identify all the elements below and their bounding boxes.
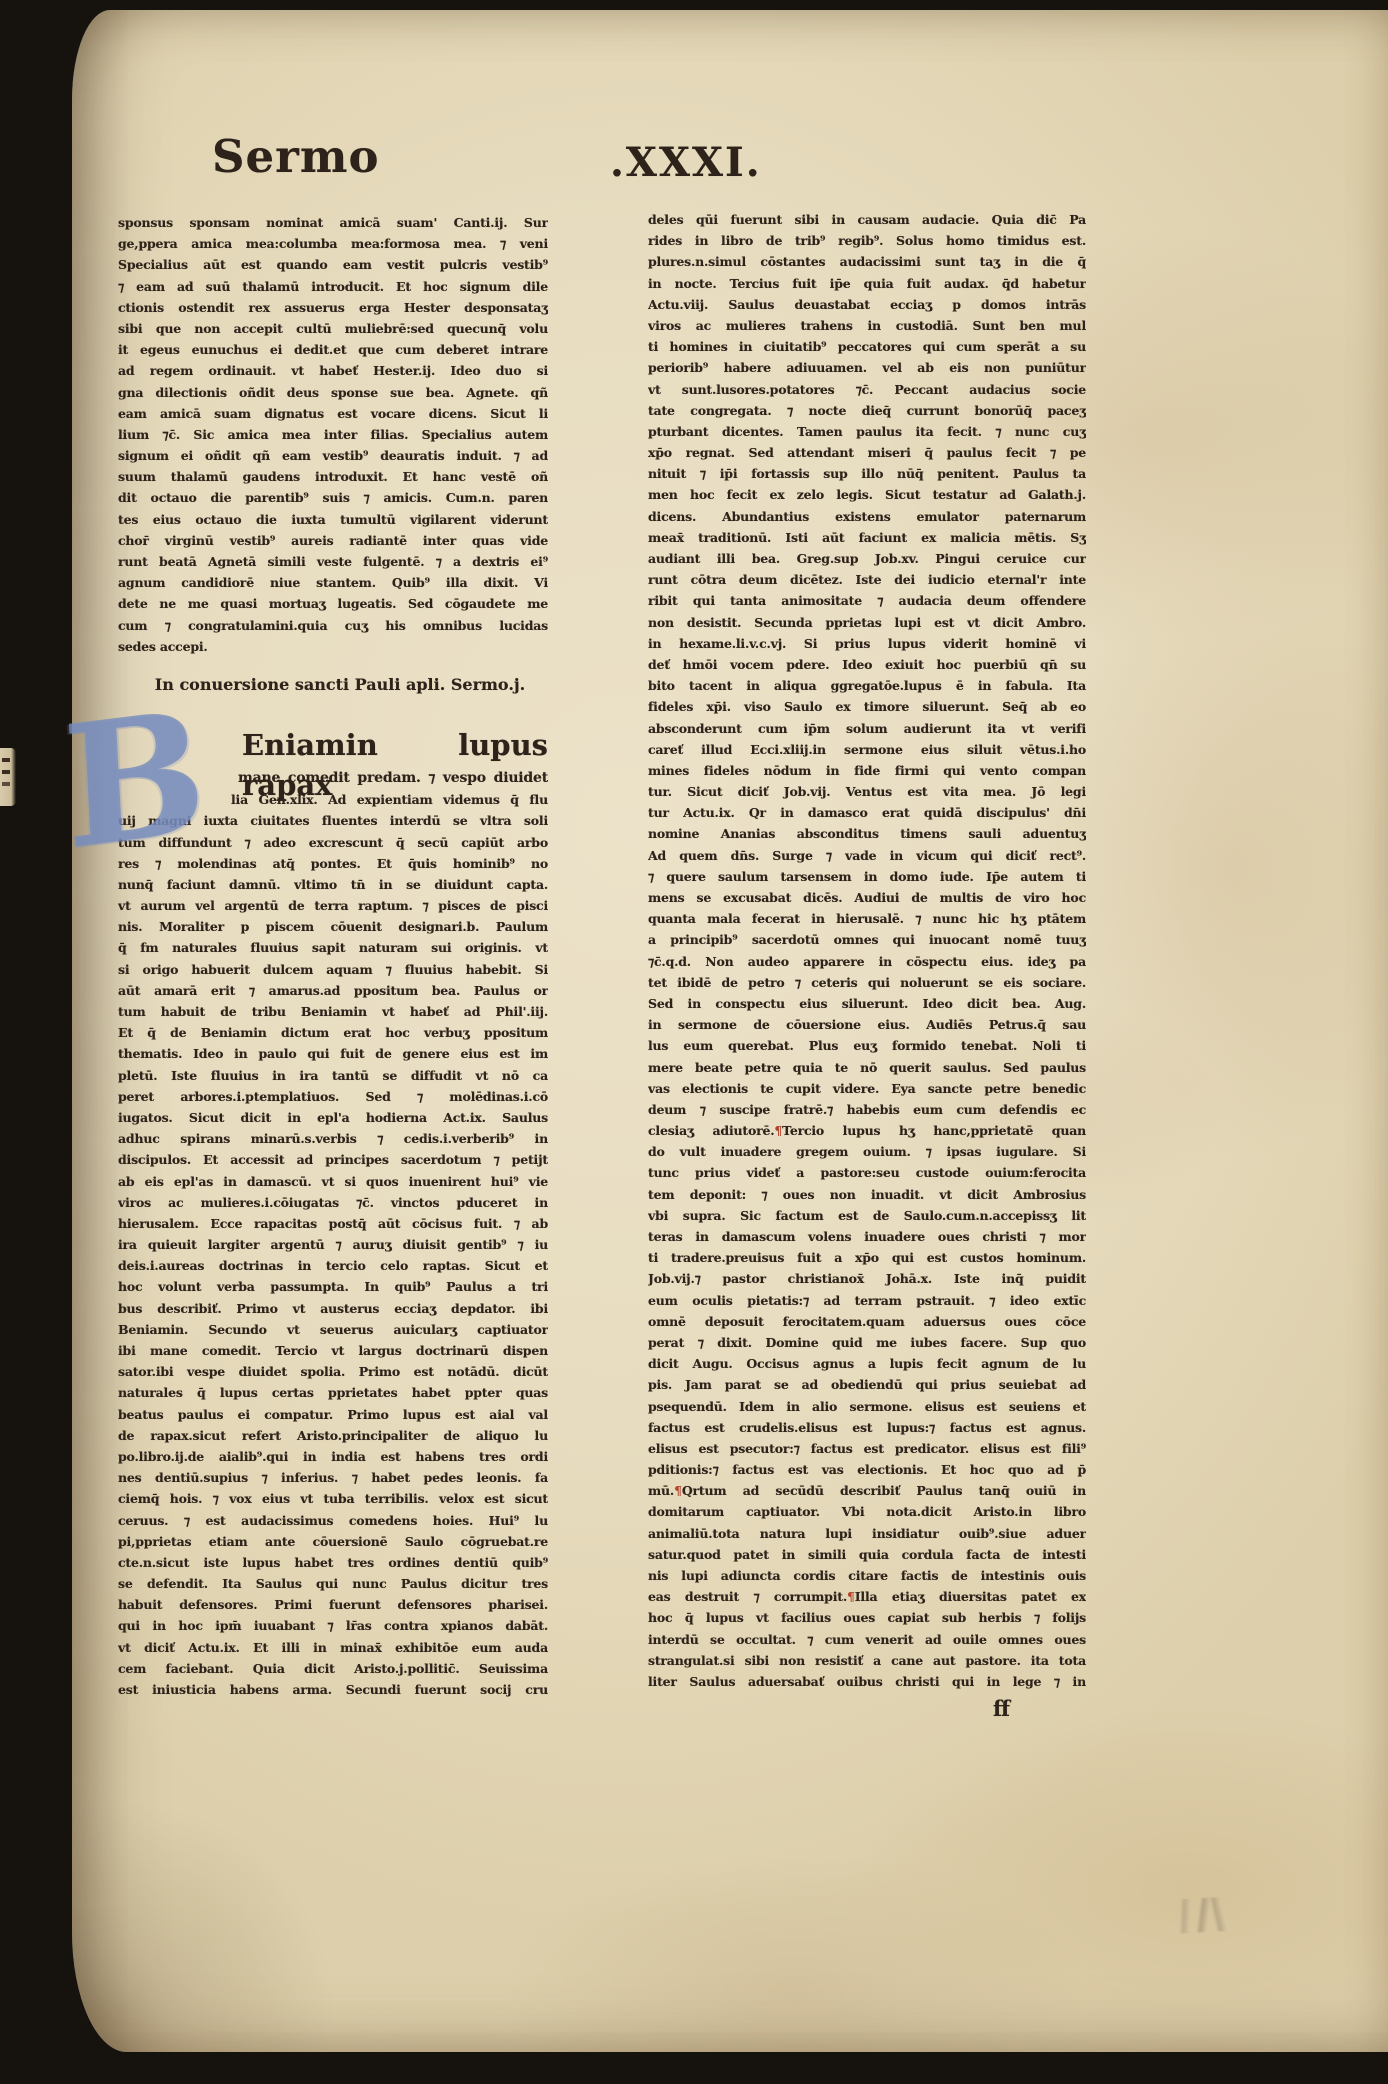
text-line: ceruus. ⁊ est audacissimus comedens hoie…	[118, 1510, 548, 1531]
text-line: in nocte. Tercius fuit ip̄e quia fuit au…	[648, 273, 1086, 294]
text-line: thematis. Ideo in paulo qui fuit de gene…	[118, 1043, 548, 1064]
text-line: ge,ppera amica mea:columba mea:formosa m…	[118, 233, 548, 254]
text-line: agnum candidiorē niue stantem. Quib⁹ ill…	[118, 572, 548, 593]
text-line: signum ei oñdit qñ eam vestib⁹ deauratis…	[118, 445, 548, 466]
text-line: eum oculis pietatis:⁊ ad terram pstrauit…	[648, 1290, 1086, 1311]
text-line: suum thalamū gaudens introduxit. Et hanc…	[118, 466, 548, 487]
text-line: chor̄ virginū vestib⁹ aureis radiantē in…	[118, 530, 548, 551]
text-line: Ad quem dn̄s. Surge ⁊ vade in vicum qui …	[648, 845, 1086, 866]
left-text-column: sponsus sponsam nominat amicā suam' Cant…	[118, 212, 548, 1700]
text-line: ⁊ eam ad suū thalamū introducit. Et hoc …	[118, 276, 548, 297]
text-line: pis. Jam parat se ad obediendū qui prius…	[648, 1374, 1086, 1395]
text-line: factus est crudelis.elisus est lupus:⁊ f…	[648, 1417, 1086, 1438]
text-line: in sermone de cōuersione eius. Audiēs Pe…	[648, 1014, 1086, 1035]
text-line: tate congregata. ⁊ nocte dieq̄ currunt b…	[648, 400, 1086, 421]
right-text-column: deles qūi fuerunt sibi in causam audacie…	[648, 209, 1086, 1692]
text-line: tem deponit: ⁊ oues non inuadit. vt dici…	[648, 1184, 1086, 1205]
text-line: Et q̄ de Beniamin dictum erat hoc verbuʒ…	[118, 1022, 548, 1043]
text-line: hoc volunt verba passumpta. In quib⁹ Pau…	[118, 1276, 548, 1297]
text-line: runt beatā Agnetā simili veste fulgentē.…	[118, 551, 548, 572]
text-line: hierusalem. Ecce rapacitas postq̄ aūt cō…	[118, 1213, 548, 1234]
text-line: Actu.viij. Saulus deuastabat ecciaʒ p do…	[648, 294, 1086, 315]
text-line: nomine Ananias absconditus timens sauli …	[648, 823, 1086, 844]
text-line: pletū. Iste fluuius in ira tantū se diff…	[118, 1065, 548, 1086]
running-title: Sermo	[212, 134, 379, 179]
text-line: mū.¶Qrtum ad secūdū describiť Paulus tan…	[648, 1480, 1086, 1501]
text-line: aūt amarā erit ⁊ amarus.ad ppositum bea.…	[118, 980, 548, 1001]
text-line: de rapax.sicut refert Aristo.principalit…	[118, 1425, 548, 1446]
text-line: pditionis:⁊ factus est vas electionis. E…	[648, 1459, 1086, 1480]
text-line: pturbant dicentes. Tamen paulus ita feci…	[648, 421, 1086, 442]
text-line: omnē deposuit ferocitatem.quam aduersus …	[648, 1311, 1086, 1332]
body-paragraph: deles qūi fuerunt sibi in causam audacie…	[648, 209, 1086, 1692]
text-line: mines fideles nōdum in fide firmi qui ve…	[648, 760, 1086, 781]
text-line: gna dilectionis oñdit deus sponse sue be…	[118, 382, 548, 403]
text-line: in hexame.li.v.c.vj. Si prius lupus vide…	[648, 633, 1086, 654]
text-line: Beniamin. Secundo vt seuerus auicularʒ c…	[118, 1319, 548, 1340]
text-line: cem faciebant. Quia dicit Aristo.j.polli…	[118, 1658, 548, 1679]
text-line: ti homines in ciuitatib⁹ peccatores qui …	[648, 336, 1086, 357]
text-line: periorib⁹ habere adiuuamen. vel ab eis n…	[648, 357, 1086, 378]
text-line: animaliū.tota natura lupi insidiatur oui…	[648, 1523, 1086, 1544]
text-line: est iniusticia habens arma. Secundi fuer…	[118, 1679, 548, 1700]
text-line: tet ibidē de petro ⁊ ceteris qui nolueru…	[648, 972, 1086, 993]
scanned-book-spread: Sermo .XXXI. sponsus sponsam nominat ami…	[0, 0, 1388, 2084]
text-line: si origo habuerit dulcem aquam ⁊ fluuius…	[118, 959, 548, 980]
text-line: vt aurum vel argentū de terra raptum. ⁊ …	[118, 895, 548, 916]
text-line: teras in damascum volens inuadere oues c…	[648, 1226, 1086, 1247]
text-line: ibi mane comedit. Tercio vt largus doctr…	[118, 1340, 548, 1361]
text-line: elisus est psecutor:⁊ factus est predica…	[648, 1438, 1086, 1459]
text-line: domitarum captiuator. Vbi nota.dicit Ari…	[648, 1501, 1086, 1522]
text-line: bus describiť. Primo vt austerus ecciaʒ …	[118, 1298, 548, 1319]
text-line: ira quieuit largiter argentū ⁊ auruʒ diu…	[118, 1234, 548, 1255]
text-line: interdū se occultat. ⁊ cum venerit ad ou…	[648, 1629, 1086, 1650]
intro-paragraph: sponsus sponsam nominat amicā suam' Cant…	[118, 212, 548, 657]
text-line: mere beate petre quia te nō querit saulu…	[648, 1057, 1086, 1078]
text-line: perat ⁊ dixit. Domine quid me iubes face…	[648, 1332, 1086, 1353]
text-line: a principib⁹ sacerdotū omnes qui inuocan…	[648, 929, 1086, 950]
text-line: habuit defensores. Primi fuerunt defenso…	[118, 1594, 548, 1615]
text-line: liter Saulus aduersabať ouibus christi q…	[648, 1671, 1086, 1692]
text-line: lus eum querebat. Plus euʒ formido teneb…	[648, 1035, 1086, 1056]
text-line: Job.vij.⁊ pastor christianox̄ Johā.x. Is…	[648, 1268, 1086, 1289]
text-line: tes eius octauo die iuxta tumultū vigila…	[118, 509, 548, 530]
text-line: naturales q̄ lupus certas pprietates hab…	[118, 1382, 548, 1403]
text-line: vas electionis te cupit videre. Eya sanc…	[648, 1078, 1086, 1099]
text-line: clesiaʒ adiutorē.¶Tercio lupus hʒ hanc,p…	[648, 1120, 1086, 1141]
text-line: viros ac mulieres trahens in custodiā. S…	[648, 315, 1086, 336]
text-line: non desistit. Secunda pprietas lupi est …	[648, 612, 1086, 633]
text-line: men hoc fecit ex zelo legis. Sicut testa…	[648, 484, 1086, 505]
text-line: ab eis epl'as in damascū. vt si quos inu…	[118, 1171, 548, 1192]
illuminated-initial-b: B	[60, 673, 318, 894]
text-line: psequendū. Idem in alio sermone. elisus …	[648, 1396, 1086, 1417]
text-line: mens se excusabat dicēs. Audiui de multi…	[648, 887, 1086, 908]
text-line: sator.ibi vespe diuidet spolia. Primo es…	[118, 1361, 548, 1382]
text-line: meax̄ traditionū. Isti aūt faciunt ex ma…	[648, 527, 1086, 548]
text-line: tunc prius videť a pastore:seu custode o…	[648, 1162, 1086, 1183]
text-line: peret arbores.i.ptemplatiuos. Sed ⁊ molē…	[118, 1086, 548, 1107]
leaf-number-roman: .XXXI.	[610, 143, 762, 183]
text-line: dit octauo die parentib⁹ suis ⁊ amicis. …	[118, 487, 548, 508]
text-line: dicens. Abundantius existens emulator pa…	[648, 506, 1086, 527]
text-line: ctionis ostendit rex assuerus erga Heste…	[118, 297, 548, 318]
text-line: strangulat.si sibi non resistiť a cane a…	[648, 1650, 1086, 1671]
text-line: discipulos. Et accessit ad principes sac…	[118, 1149, 548, 1170]
text-line: beatus paulus ei compatur. Primo lupus e…	[118, 1404, 548, 1425]
text-line: satur.quod patet in simili quia cordula …	[648, 1544, 1086, 1565]
text-line: hoc q̄ lupus vt facilius oues capiat sub…	[648, 1607, 1086, 1628]
text-line: careť illud Ecci.xliij.in sermone eius s…	[648, 739, 1086, 760]
text-line: ⁊ quere saulum tarsensem in domo iude. I…	[648, 866, 1086, 887]
text-line: nituit ⁊ ip̄i fortassis sup illo nūq̄ pe…	[648, 463, 1086, 484]
text-line: quanta mala fecerat in hierusalē. ⁊ nunc…	[648, 908, 1086, 929]
text-line: sibi que non accepit cultū muliebrē:sed …	[118, 318, 548, 339]
text-line: nis lupi adiuncta cordis citare factis d…	[648, 1565, 1086, 1586]
text-line: plures.n.simul cōstantes audacissimi sun…	[648, 251, 1086, 272]
text-line: cte.n.sicut iste lupus habet tres ordine…	[118, 1552, 548, 1573]
text-line: ⁊c̄.q.d. Non audeo apparere in cōspectu …	[648, 951, 1086, 972]
text-line: qui in hoc ipm̄ iuuabant ⁊ lr̄as contra …	[118, 1615, 548, 1636]
text-line: vbi supra. Sic factum est de Saulo.cum.n…	[648, 1205, 1086, 1226]
text-line: it egeus eunuchus ei dedit.et que cum de…	[118, 339, 548, 360]
text-line: iugatos. Sicut dicit in epl'a hodierna A…	[118, 1107, 548, 1128]
text-line: ribit qui tanta animositate ⁊ audacia de…	[648, 590, 1086, 611]
text-line: deis.i.aureas doctrinas in tercio celo r…	[118, 1255, 548, 1276]
text-line: vt diciť Actu.ix. Et illi in minax̄ exhi…	[118, 1637, 548, 1658]
text-line: nis. Moraliter p piscem cōuenit designar…	[118, 916, 548, 937]
quire-signature: ff	[993, 1696, 1009, 1721]
text-line: adhuc spirans minarū.s.verbis ⁊ cedis.i.…	[118, 1128, 548, 1149]
text-line: tur Actu.ix. Qr in damasco erat quidā di…	[648, 802, 1086, 823]
text-line: xp̄o regnat. Sed attendant miseri q̄ pau…	[648, 442, 1086, 463]
text-line: sponsus sponsam nominat amicā suam' Cant…	[118, 212, 548, 233]
text-line: tum habuit de tribu Beniamin vt habeť ad…	[118, 1001, 548, 1022]
text-line: deum ⁊ suscipe fratrē.⁊ habebis eum cum …	[648, 1099, 1086, 1120]
text-line: ad regem ordinauit. vt habeť Hester.ij. …	[118, 360, 548, 381]
text-line: viros ac mulieres.i.cōiugatas ⁊c̄. vinct…	[118, 1192, 548, 1213]
text-line: do vult inuadere gregem ouium. ⁊ ipsas i…	[648, 1141, 1086, 1162]
text-line: vt sunt.lusores.potatores ⁊c̄. Peccant a…	[648, 379, 1086, 400]
text-line: deť hmōi vocem pdere. Ideo exiuit hoc pu…	[648, 654, 1086, 675]
text-line: q̄ fm naturales fluuius sapit naturam su…	[118, 937, 548, 958]
text-line: ti tradere.preuisus fuit a xp̄o qui est …	[648, 1247, 1086, 1268]
text-line: cum ⁊ congratulamini.quia cuʒ his omnibu…	[118, 615, 548, 636]
text-line: sedes accepi.	[118, 636, 548, 657]
text-line: Sed in conspectu eius siluerunt. Ideo di…	[648, 993, 1086, 1014]
text-line: lium ⁊c̄. Sic amica mea inter filias. Sp…	[118, 424, 548, 445]
text-line: eam amicā suam dignatus est vocare dicen…	[118, 403, 548, 424]
text-line: rides in libro de trib⁹ regib⁹. Solus ho…	[648, 230, 1086, 251]
text-line: absconderunt cum ip̄m solum audierunt it…	[648, 718, 1086, 739]
text-line: bito tacent in aliqua ggregatōe.lupus ē …	[648, 675, 1086, 696]
text-line: dete ne me quasi mortuaʒ lugeatis. Sed c…	[118, 593, 548, 614]
body-paragraph: uij magni iuxta ciuitates fluentes inter…	[118, 810, 548, 1700]
text-line: runt cōtra deum dicētez. Iste dei iudici…	[648, 569, 1086, 590]
pencil-smudge	[1141, 1895, 1271, 1936]
facing-page-edge	[0, 748, 16, 806]
text-line: pi,pprietas etiam ante cōuersionē Saulo …	[118, 1531, 548, 1552]
text-line: Specialius aūt est quando eam vestit pul…	[118, 254, 548, 275]
text-line: nes dentiū.supius ⁊ inferius. ⁊ habet pe…	[118, 1467, 548, 1488]
text-line: deles qūi fuerunt sibi in causam audacie…	[648, 209, 1086, 230]
text-line: audiant illi bea. Greg.sup Job.xv. Pingu…	[648, 548, 1086, 569]
text-line: se defendit. Ita Saulus qui nunc Paulus …	[118, 1573, 548, 1594]
text-line: po.libro.ij.de aialib⁹.qui in india est …	[118, 1446, 548, 1467]
text-line: eas destruit ⁊ corrumpit.¶Illa etiaʒ diu…	[648, 1586, 1086, 1607]
text-line: tur. Sicut diciť Job.vij. Ventus est vit…	[648, 781, 1086, 802]
text-line: dicit Augu. Occisus agnus a lupis fecit …	[648, 1353, 1086, 1374]
text-line: ciemq̄ hois. ⁊ vox eius vt tuba terribil…	[118, 1488, 548, 1509]
text-line: fideles xp̄i. viso Saulo ex timore silue…	[648, 696, 1086, 717]
